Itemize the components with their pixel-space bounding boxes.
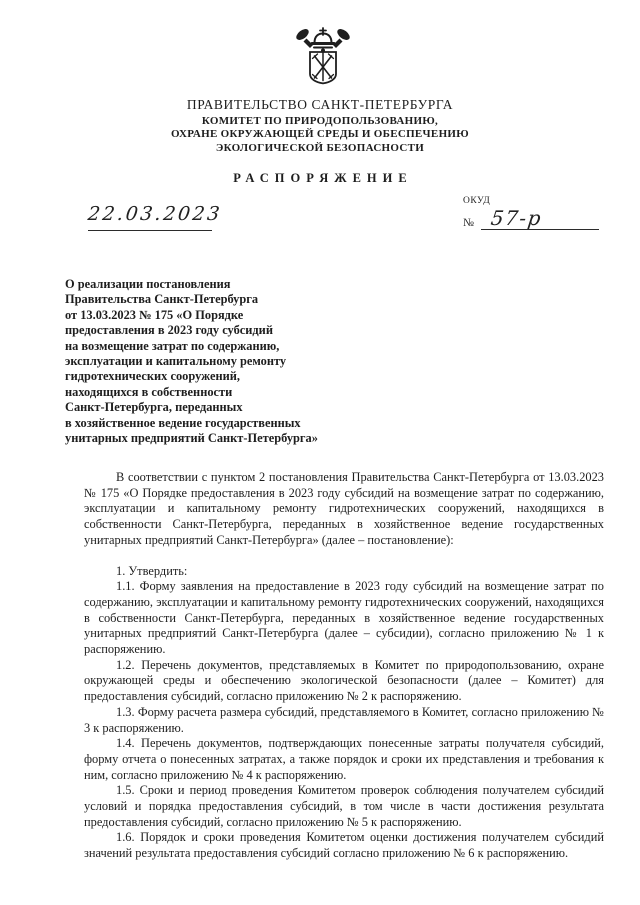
document-body: В соответствии с пунктом 2 постановления…	[84, 470, 604, 862]
paragraph-1-2: 1.2. Перечень документов, представляемых…	[84, 658, 604, 705]
document-number-field: № 57-р	[463, 207, 599, 230]
paragraph-1-5: 1.5. Сроки и период проведения Комитетом…	[84, 783, 604, 830]
okud-block: ОКУД № 57-р	[463, 196, 599, 230]
handwritten-number: 57-р	[490, 207, 544, 229]
committee-name: КОМИТЕТ ПО ПРИРОДОПОЛЬЗОВАНИЮ, ОХРАНЕ ОК…	[0, 115, 640, 155]
handwritten-date: 22.03.2023	[86, 199, 223, 229]
spb-coat-of-arms-icon	[291, 25, 355, 95]
paragraph-1-4: 1.4. Перечень документов, подтверждающих…	[84, 736, 604, 783]
paragraph-1-3: 1.3. Форму расчета размера субсидий, пре…	[84, 705, 604, 736]
government-title: ПРАВИТЕЛЬСТВО САНКТ-ПЕТЕРБУРГА	[0, 97, 640, 113]
paragraph-approve: 1. Утвердить:	[84, 564, 604, 580]
document-page: ПРАВИТЕЛЬСТВО САНКТ-ПЕТЕРБУРГА КОМИТЕТ П…	[0, 0, 640, 905]
paragraph-intro: В соответствии с пунктом 2 постановления…	[84, 470, 604, 549]
paragraph-1-6: 1.6. Порядок и сроки проведения Комитето…	[84, 830, 604, 861]
document-type-heading: РАСПОРЯЖЕНИЕ	[0, 171, 640, 186]
paragraph-1-1: 1.1. Форму заявления на предоставление в…	[84, 579, 604, 658]
subject-block: О реализации постановления Правительства…	[65, 277, 435, 446]
date-field: 22.03.2023	[88, 199, 212, 231]
number-line: 57-р	[481, 207, 599, 230]
number-sign-label: №	[463, 216, 474, 230]
okud-label: ОКУД	[463, 196, 599, 206]
